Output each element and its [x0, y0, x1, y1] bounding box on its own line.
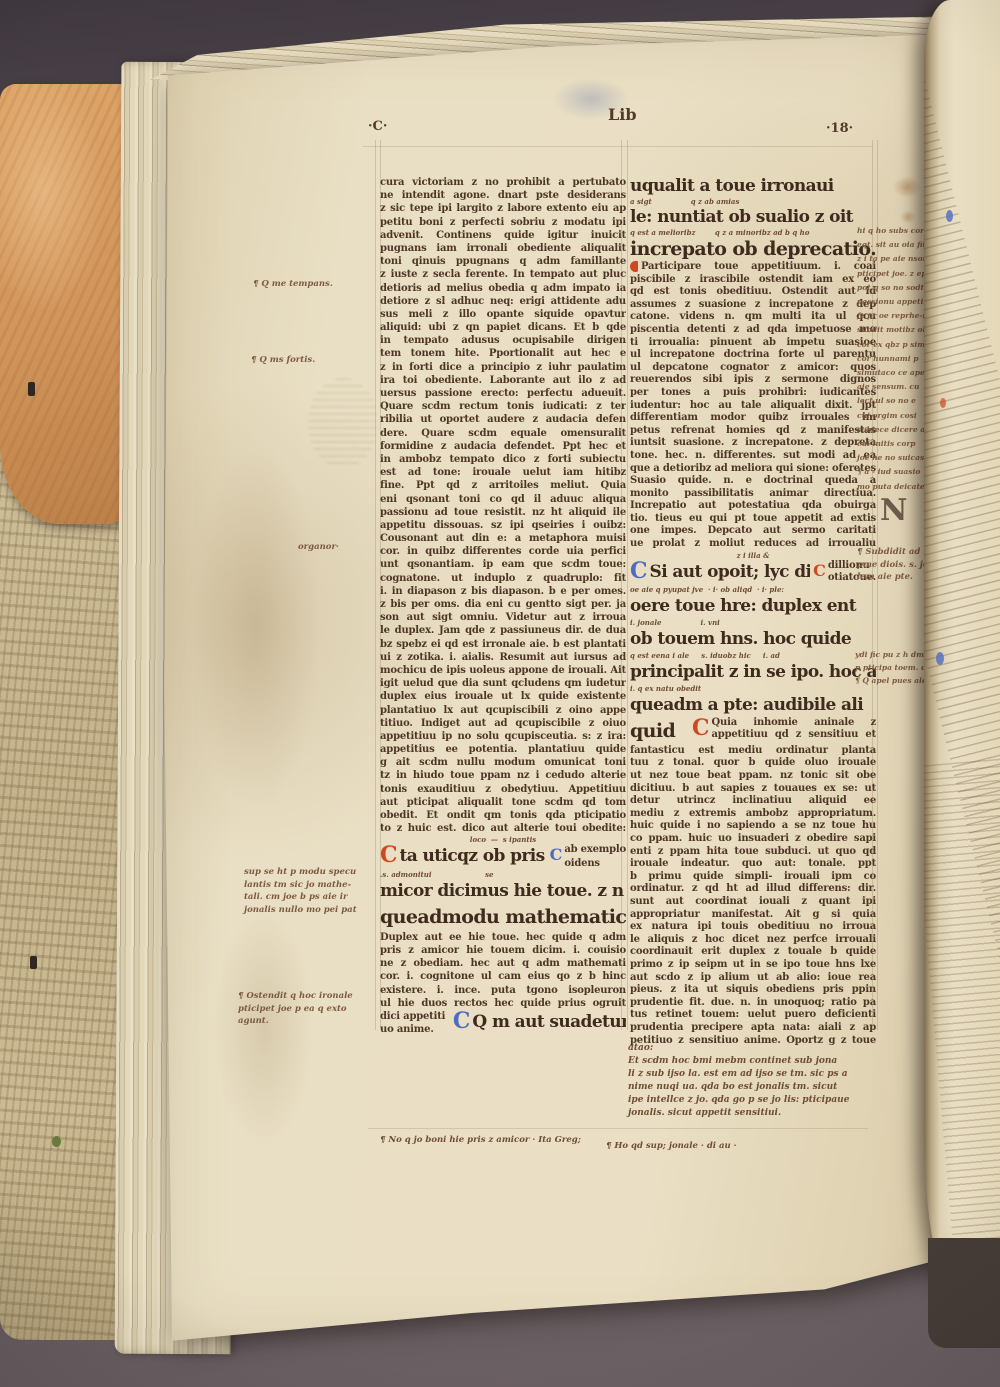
annotation-line: li z sub ijso la. est em ad ijso se tm. … — [628, 1068, 849, 1081]
text-line: assumes z suasione z increpatone z dep — [630, 299, 876, 312]
heading-text: quid — [630, 717, 692, 745]
text-line: fantasticu est mediu ordinatur planta — [630, 745, 876, 758]
column-rule — [627, 140, 628, 1030]
show-through-text — [308, 378, 378, 468]
foot-note-right: ¶ Ho qd sup; jonale · di au · — [606, 1140, 737, 1153]
text-line: ue prolat z moliut reduces ad irroualiu — [630, 538, 876, 551]
text-line: tz in hiudo toue ppam nz i cedudo alteri… — [380, 769, 626, 782]
text-line: z iuste z secla ferente. In tempato aut … — [380, 268, 626, 281]
margin-note-line: lantis tm sic jo mathe- — [244, 879, 357, 892]
text-line: duplex eius irouale ut lx quide existent… — [380, 690, 626, 703]
text-line: sus meli z illo opante siquide opavtur — [380, 308, 626, 321]
text-line: tone. hec. n. differentes. sut modi ad e… — [630, 450, 876, 463]
margin-note-line: agunt. — [238, 1015, 353, 1028]
text-line: ribilia ut oportet audere z audacia defe… — [380, 413, 626, 426]
text-line: Suasio quide. n. e doctrinal queda a — [630, 475, 876, 488]
text-line: Duplex aut ee hie toue. hec quide q adm — [380, 931, 626, 944]
heading-text: le: nuntiat ob sualio z oit — [630, 206, 876, 228]
text-line: ne intendit agone. dnart pste desiderans — [380, 189, 626, 202]
red-initial-mark — [940, 398, 946, 408]
text-line: petus refrenat homies qd z manifestas — [630, 425, 876, 438]
paraph-mark-blue-icon: C — [550, 844, 563, 866]
heading-text: ob touem hns. hoc quide — [630, 627, 876, 651]
folio-number: ·18· — [826, 122, 853, 136]
left-column-body: cura victoriam z no prohibit a pertubato… — [380, 176, 626, 835]
text-line: ne z obediam. hec aut q adm mathemati — [380, 957, 626, 970]
text-column-left: cura victoriam z no prohibit a pertubato… — [380, 176, 626, 1036]
paraph-mark-red-icon: C — [692, 717, 710, 739]
text-line: ut nez toue beat ppam. nz tonic sit obe — [630, 770, 876, 783]
interlinear-gloss: i. jonale i. vni — [630, 618, 876, 627]
margin-note: ¶ Q me tempans. — [253, 278, 333, 291]
page-wrap: ·C· Lib ·18· cura victoriam z no prohibi… — [158, 28, 942, 1346]
text-line: detiore z sl adhuc neq: erigi attidente … — [380, 295, 626, 308]
text-line: detioris ad melius obedia q adm impato i… — [380, 282, 626, 295]
text-line: z bis per oms. dia eni cu gentto sigt pe… — [380, 598, 626, 611]
text-line: Quare scdm rectum tonis iudicati: z ter — [380, 400, 626, 413]
text-line: petitu boni z perfecti sobriu z modatu i… — [380, 216, 626, 229]
paraph-line: Participare toue appetitiuum. i. coai — [630, 261, 876, 274]
text-line: ul depcatone cognator z amicor: quos — [630, 362, 876, 375]
text-line: est ad tone: irouale uelut iam hitibz — [380, 466, 626, 479]
foot-rule-line — [368, 1128, 868, 1129]
heading-text: queadm a pte: audibile ali — [630, 693, 876, 717]
text-line: toni qinuis ppugnans q adm famillante — [380, 255, 626, 268]
fox-spot — [893, 176, 921, 198]
manuscript-photo: ·C· Lib ·18· cura victoriam z no prohibi… — [0, 0, 1000, 1387]
text-line: dici appetiti — [380, 1010, 453, 1023]
text-line: aliquid: ubi z qn papiet dicans. Et b qd… — [380, 321, 626, 334]
text-line: obedit. Et ondit qm tonis qda pticipatio — [380, 809, 626, 822]
text-line: appetitu dissouas. sz ipi qseiries i oui… — [380, 519, 626, 532]
parchment-shading — [214, 908, 314, 1148]
text-line: mediu z extremis ambobz appropriatum. — [630, 808, 876, 821]
right-column-body1: piscibile z irascibile ostendit iam ex e… — [630, 274, 876, 551]
text-line: piscibile z irascibile ostendit iam ex e… — [630, 274, 876, 287]
text-line: z sic tepe ipi largito z labore extento … — [380, 202, 626, 215]
text-line: iudentur: hoc au tale aliqualit dixit. j… — [630, 400, 876, 413]
interlinear-gloss: a sigt q z ab amias — [630, 197, 876, 206]
heading-side-text: ab exemplo — [564, 843, 626, 856]
text-column-right: uqualit a toue irronaui a sigt q z ab am… — [630, 176, 876, 1047]
text-line: tonis exauditiuu z obedytiuu. Appetitiuu — [380, 783, 626, 796]
text-line: Increpatio aut potestatiua qda obuirga — [630, 500, 876, 513]
text-line: ira toi obediente. Laborante aut ilo z a… — [380, 374, 626, 387]
text-line: i. in diapason z bis diapason. b e per o… — [380, 585, 626, 598]
text-line: piscentia detenti z ad qda impetuose mo — [630, 324, 876, 337]
text-line: ul hie duos rectos hec quide prius ogrui… — [380, 997, 626, 1010]
annotation-line: nime nuqi ua. qda bo est jonalis tm. sic… — [628, 1081, 849, 1094]
text-line: to z huic est. dico aut alterie toui obe… — [380, 822, 626, 835]
text-line: ex natura ipi touis obeditiuu no irroua — [630, 921, 876, 934]
text-line: pieus. z ita ut siquis obediens pris ppi… — [630, 984, 876, 997]
text-line: bz spebz ei qd est irronale aie. b est p… — [380, 638, 626, 651]
text-line: irouale indeatur. quo aut: tonale. ppt — [630, 858, 876, 871]
heading-text: increpato ob deprecatio. — [630, 237, 876, 261]
left-heading-body: Duplex aut ee hie toue. hec quide q admp… — [380, 931, 626, 1010]
heading-text: micor dicimus hie toue. z n — [380, 879, 626, 903]
text-line: formidine z audacia defendet. Ppt hec et — [380, 440, 626, 453]
text-line: mochicu de ipis uoleus appone de irouali… — [380, 664, 626, 677]
text-line: monito passibilitatis animar directiua. — [630, 488, 876, 501]
text-line: prudentia precipere apta nata: aiali z a… — [630, 1022, 876, 1035]
text-line: ul increpatone doctrina forte ul parentu — [630, 349, 876, 362]
text-line: ti irroualia: pinuent ab impetu suasioe — [630, 337, 876, 350]
paraph-mark-red-icon: C — [813, 560, 826, 582]
right-column-body2: fantasticu est mediu ordinatur plantatuu… — [630, 745, 876, 1047]
text-line: Cousonant aut din e: a metaphora muisi — [380, 532, 626, 545]
text-line: passionu ad toue resistit. nz ht aliquid… — [380, 506, 626, 519]
text-line: enti z ppam hita toue subduci. ut quo qd — [630, 846, 876, 859]
parchment-shading — [192, 448, 322, 808]
margin-note-line: tali. cm joe b ps aie ir — [244, 891, 357, 904]
heading-text: principalit z in se ipo. hoc a — [630, 660, 876, 684]
text-line: in ambobz tempato dico z forti subiectu — [380, 453, 626, 466]
text-line: uersus passione erecto: perfectu adueuit… — [380, 387, 626, 400]
book-spine-edge — [0, 418, 124, 1340]
annotation-line: Et scdm hoc bmi mebm continet sub jona — [628, 1055, 849, 1068]
text-line: Participare toue appetitiuum. i. coai — [641, 261, 876, 274]
text-line: appetitiuu qd z sensitiuu et — [712, 729, 876, 742]
text-line: huic quide i no sapiendo a se nz toue hu — [630, 820, 876, 833]
text-line: sunt aut coordinat iouali z quant ipi — [630, 896, 876, 909]
margin-note-line: jonalis nullo mo pei pat — [244, 904, 357, 917]
text-line: one impes. Depcato aut sermo caritati — [630, 525, 876, 538]
text-line: dicitiuu. b aut sapies z touaues ex se: … — [630, 783, 876, 796]
heading-tail-row: dici appetiti uo anime. C Q m aut suadet… — [380, 1010, 626, 1036]
text-line: dere. Quare scdm equale omensuralit — [380, 427, 626, 440]
paraph-mark-red-icon: C — [380, 844, 398, 866]
text-line: pris z amicor hie touem dicim. i. couisi… — [380, 944, 626, 957]
interlinear-gloss: q est eena i ale s. iduobz hic i. ad — [630, 651, 876, 660]
text-line: z in forti dice a principio z iuhr paula… — [380, 361, 626, 374]
interlinear-gloss: q est a melioribz q z a minoribz ad b q … — [630, 228, 876, 237]
clasp-mark — [30, 956, 37, 969]
text-line: g ait scdm nullu modum omunicat toni — [380, 756, 626, 769]
text-line: tus retinet touem: uelut puero deficient… — [630, 1009, 876, 1022]
text-line: detur utrincz inclinatiuu aliquid ee — [630, 795, 876, 808]
running-header-mark: ·C· — [368, 120, 387, 134]
annotation-line: ipe intellce z jo. qda go p se jo lis: p… — [628, 1094, 849, 1107]
text-line: eni qsonant toni co qd il aduuc aliqua — [380, 493, 626, 506]
curved-text-texture — [924, 756, 1000, 1294]
text-line: b primu quide simpli- irouali ipm co — [630, 871, 876, 884]
interlinear-gloss: .s. admonitui se — [380, 870, 626, 879]
text-line: appetitius ee potentia. plantatiuu quide — [380, 743, 626, 756]
heading-text: Q m aut suadetur a — [472, 1010, 626, 1034]
text-line: cor. in quibz differentes corde uia perf… — [380, 545, 626, 558]
heading-text: oere toue hre: duplex ent — [630, 594, 876, 618]
paraph-mark-blue-icon: C — [453, 1010, 471, 1032]
margin-note-line: ¶ Ostendit q hoc ironale — [238, 990, 353, 1003]
interlinear-gloss: z i illa & — [630, 551, 876, 560]
heading-text: queadmodu mathematicor. — [380, 903, 626, 931]
text-line: existere. i. ince. puta tgono isopleuron — [380, 984, 626, 997]
manuscript-page: ·C· Lib ·18· cura victoriam z no prohibi… — [158, 28, 942, 1346]
green-speck — [52, 1136, 61, 1147]
margin-note-block: sup se ht p modu speculantis tm sic jo m… — [244, 866, 357, 916]
header-rule-line — [363, 146, 873, 147]
next-page-edge — [924, 0, 1000, 1294]
annotation-line: atao: — [628, 1042, 849, 1055]
heading-text: Si aut opoit; lyc di — [650, 560, 811, 584]
fox-spot — [900, 210, 916, 224]
running-header-title: Lib — [608, 108, 637, 122]
heading-text: uqualit a toue irronaui — [630, 176, 876, 197]
margin-note-block: ¶ Ostendit q hoc ironalepticipet joe p e… — [238, 990, 353, 1028]
blue-initial-mark — [946, 210, 953, 222]
interlinear-gloss: i. q ex natu obedit — [630, 684, 876, 693]
quid-row: quid C Quia inhomie aninale z appetitiuu… — [630, 717, 876, 745]
text-line: appropriatur manifestat. Ait g si quia — [630, 909, 876, 922]
text-line: son aut sigt omniu. Videtur aut z irroua — [380, 611, 626, 624]
foot-note-left: ¶ No q jo boni hie pris z amicor · Ita G… — [380, 1134, 581, 1147]
text-line: fine. Ppt qd z arritoiles meliut. Quia — [380, 479, 626, 492]
text-line: ui z zotika. i. aialis. Resumit aut iurs… — [380, 651, 626, 664]
text-line: prudentie fit. due. n. in unoquoq; ratio… — [630, 997, 876, 1010]
text-line: appetitiuu ip no solu qcupisceutia. s: z… — [380, 730, 626, 743]
text-line: pugnans iam irronali obediente aliqualit — [380, 242, 626, 255]
text-line: cor. i. cognitone ul cam eius qo z b hin… — [380, 970, 626, 983]
text-line: differentiam modor quibz irrouales im — [630, 412, 876, 425]
text-line: co ppam. huic uo insuaderi z obedire sap… — [630, 833, 876, 846]
interlinear-gloss: oe aie q pyupat jve · i· ob aliqd · i· p… — [630, 585, 876, 594]
text-line: plantatiuo lx aut qcupiscibili z oino ap… — [380, 704, 626, 717]
column-rule — [375, 140, 376, 1030]
margin-note-line: sup se ht p modu specu — [244, 866, 357, 879]
foot-annotation-block: atao:Et scdm hoc bmi mebm continet sub j… — [628, 1042, 849, 1120]
text-line: le duplex. Jam qde z passiuneus dir. de … — [380, 624, 626, 637]
rubricated-heading-row: C ta uticqz ob pris et a C ab exemplo oi… — [380, 844, 626, 869]
text-line: aut scdo z ip alium ut ab alio: ioue rea — [630, 972, 876, 985]
text-line: ordinatur. z qd ht ad illud differens: d… — [630, 883, 876, 896]
text-line: catone. videns n. qm multi ita ul qcu — [630, 311, 876, 324]
text-line: unt qsonantiam. ip eam que scdm toue: — [380, 558, 626, 571]
text-line: uo anime. — [380, 1023, 453, 1036]
paraph-mark-blue-icon: C — [630, 560, 648, 582]
blue-initial-mark — [936, 652, 944, 665]
text-line: tio. tieus eu qui pt toue appetit ad ext… — [630, 513, 876, 526]
text-line: cognatone. ut induplo z quadruplo: fit — [380, 572, 626, 585]
text-line: qd est tonis obeditiuu. Ostendit aut id — [630, 286, 876, 299]
paraph-mark-red-icon — [630, 261, 638, 272]
rubricated-heading-row: C Si aut opoit; lyc di C dillionu otiato… — [630, 560, 876, 585]
text-line: coordinauit erit duplex z touale b quide — [630, 946, 876, 959]
text-line: advenit. Continens quide igitur inuicit — [380, 229, 626, 242]
text-line: per tones a puis prohibri: iudicantes — [630, 387, 876, 400]
text-line: que a detioribz ad meliora qui sione: of… — [630, 463, 876, 476]
text-line: iuntsit suasione. z increpatone. z depre… — [630, 437, 876, 450]
text-line: primo z ip seipm ut in se ipo toue hns l… — [630, 959, 876, 972]
text-line: aut pticipat aliqualit tone scdm qd tom — [380, 796, 626, 809]
text-line: in tempato adusus ocupisabile dirigen — [380, 334, 626, 347]
annotation-line: jonalis. sicut appetit sensitiui. — [628, 1107, 849, 1120]
clasp-mark — [28, 382, 35, 396]
heading-text: ta uticqz ob pris et a — [400, 844, 546, 868]
margin-capital-letter: N — [880, 496, 907, 526]
text-line: tem tonem hite. Pportionalit aut hec e — [380, 347, 626, 360]
book-cover-edge — [928, 1238, 1000, 1348]
heading-side-text: oidens — [564, 857, 626, 870]
text-line: igit uelud que dia sunt qcludens qm iude… — [380, 677, 626, 690]
text-line: cura victoriam z no prohibit a pertubato — [380, 176, 626, 189]
margin-note: ¶ Q ms fortis. — [251, 354, 315, 367]
text-line: reuerendos sibi ipis z sermone dignos — [630, 374, 876, 387]
text-line: Quia inhomie aninale z — [712, 717, 876, 730]
text-line: titiuo. Indiget aut ad qcupiscibile z oi… — [380, 717, 626, 730]
margin-note: organor· — [298, 541, 339, 554]
margin-note-line: pticipet joe p ea q exto — [238, 1003, 353, 1016]
next-leaf-wrap — [924, 0, 1000, 1294]
text-line: le aliquis z hoc dicet nez perfce irroua… — [630, 934, 876, 947]
text-line: tuu z tonal. quor b quide oluo irouale — [630, 757, 876, 770]
